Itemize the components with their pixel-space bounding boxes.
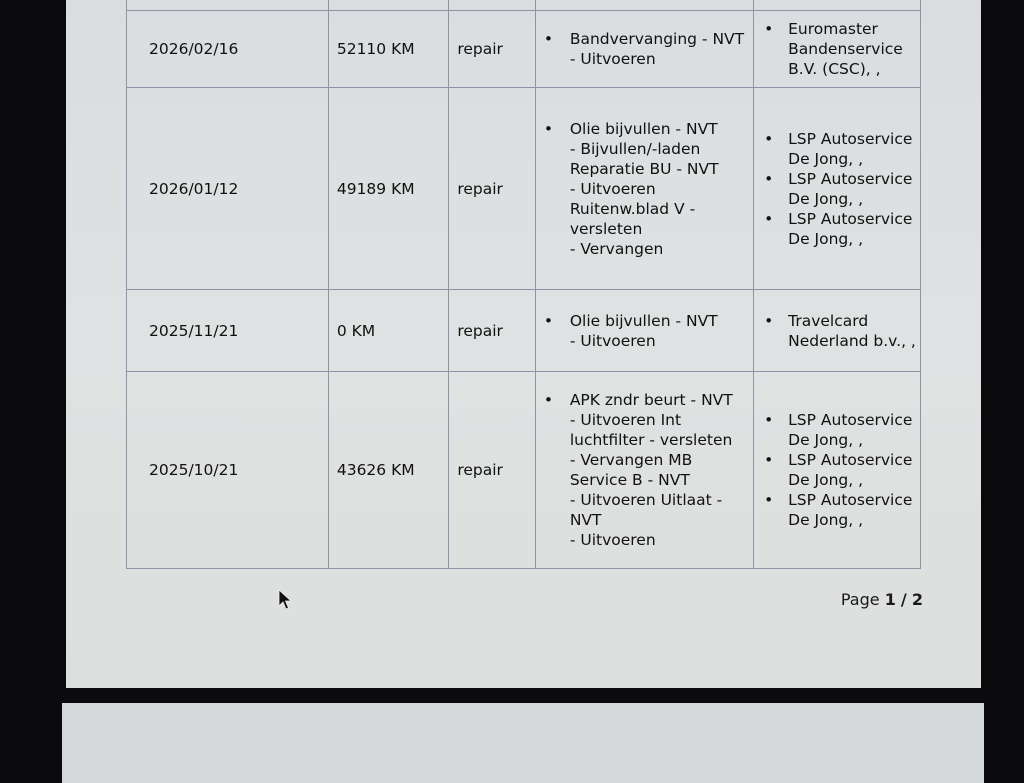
type-cell: repair xyxy=(449,290,536,372)
table-row: 2026/01/1249189 KMrepairOlie bijvullen -… xyxy=(127,88,921,290)
work-item: Olie bijvullen - NVT - Bijvullen/-laden … xyxy=(536,119,753,259)
page-current: 1 xyxy=(885,590,896,609)
work-list: Olie bijvullen - NVT - Uitvoeren xyxy=(536,311,753,351)
odometer-cell xyxy=(328,0,448,11)
next-document-page xyxy=(62,703,984,768)
supplier-cell: LSP Autoservice De Jong, ,LSP Autoservic… xyxy=(754,88,921,290)
date-cell: 2026/01/12 xyxy=(127,88,329,290)
supplier-item: LSP Autoservice De Jong, , xyxy=(754,169,920,209)
supplier-cell: LSP Autoservice De Jong, ,LSP Autoservic… xyxy=(754,372,921,569)
date-cell: 2026/02/16 xyxy=(127,11,329,88)
page-separator: / xyxy=(901,590,907,609)
work-item: APK zndr beurt - NVT - Uitvoeren Int luc… xyxy=(536,390,753,550)
supplier-list: Euromaster Bandenservice B.V. (CSC), , xyxy=(754,19,920,79)
work-cell: APK zndr beurt - NVT - Uitvoeren Int luc… xyxy=(535,372,753,569)
work-cell: Olie bijvullen - NVT - Uitvoeren xyxy=(535,290,753,372)
page-indicator: Page 1 / 2 xyxy=(841,590,923,609)
odometer-cell: 52110 KM xyxy=(328,11,448,88)
table-row: 2025/10/2143626 KMrepairAPK zndr beurt -… xyxy=(127,372,921,569)
maintenance-history-table: 2026/02/1652110 KMrepairBandvervanging -… xyxy=(126,0,921,569)
supplier-item: LSP Autoservice De Jong, , xyxy=(754,129,920,169)
work-list: APK zndr beurt - NVT - Uitvoeren Int luc… xyxy=(536,390,753,550)
screen: 2026/02/1652110 KMrepairBandvervanging -… xyxy=(0,0,1024,768)
type-cell: repair xyxy=(449,11,536,88)
supplier-item: Euromaster Bandenservice B.V. (CSC), , xyxy=(754,19,920,79)
supplier-item: LSP Autoservice De Jong, , xyxy=(754,490,920,530)
work-item: Bandvervanging - NVT - Uitvoeren xyxy=(536,29,753,69)
type-cell: repair xyxy=(449,88,536,290)
type-cell xyxy=(449,0,536,11)
work-list: Olie bijvullen - NVT - Bijvullen/-laden … xyxy=(536,119,753,259)
supplier-list: LSP Autoservice De Jong, ,LSP Autoservic… xyxy=(754,410,920,530)
supplier-list: Travelcard Nederland b.v., , xyxy=(754,311,920,351)
supplier-item: LSP Autoservice De Jong, , xyxy=(754,410,920,450)
work-list: Bandvervanging - NVT - Uitvoeren xyxy=(536,29,753,69)
work-cell xyxy=(535,0,753,11)
supplier-cell: Euromaster Bandenservice B.V. (CSC), , xyxy=(754,11,921,88)
odometer-cell: 0 KM xyxy=(328,290,448,372)
mouse-cursor-icon xyxy=(278,589,292,611)
work-item: Olie bijvullen - NVT - Uitvoeren xyxy=(536,311,753,351)
supplier-item: LSP Autoservice De Jong, , xyxy=(754,450,920,490)
supplier-cell xyxy=(754,0,921,11)
table-row: 2026/02/1652110 KMrepairBandvervanging -… xyxy=(127,11,921,88)
date-cell xyxy=(127,0,329,11)
page-label: Page xyxy=(841,590,880,609)
document-page: 2026/02/1652110 KMrepairBandvervanging -… xyxy=(66,0,981,688)
odometer-cell: 49189 KM xyxy=(328,88,448,290)
page-total: 2 xyxy=(912,590,923,609)
supplier-list: LSP Autoservice De Jong, ,LSP Autoservic… xyxy=(754,129,920,249)
date-cell: 2025/11/21 xyxy=(127,290,329,372)
supplier-item: Travelcard Nederland b.v., , xyxy=(754,311,920,351)
work-cell: Bandvervanging - NVT - Uitvoeren xyxy=(535,11,753,88)
supplier-cell: Travelcard Nederland b.v., , xyxy=(754,290,921,372)
work-cell: Olie bijvullen - NVT - Bijvullen/-laden … xyxy=(535,88,753,290)
table-row: 2025/11/210 KMrepairOlie bijvullen - NVT… xyxy=(127,290,921,372)
date-cell: 2025/10/21 xyxy=(127,372,329,569)
type-cell: repair xyxy=(449,372,536,569)
supplier-item: LSP Autoservice De Jong, , xyxy=(754,209,920,249)
table-row xyxy=(127,0,921,11)
odometer-cell: 43626 KM xyxy=(328,372,448,569)
